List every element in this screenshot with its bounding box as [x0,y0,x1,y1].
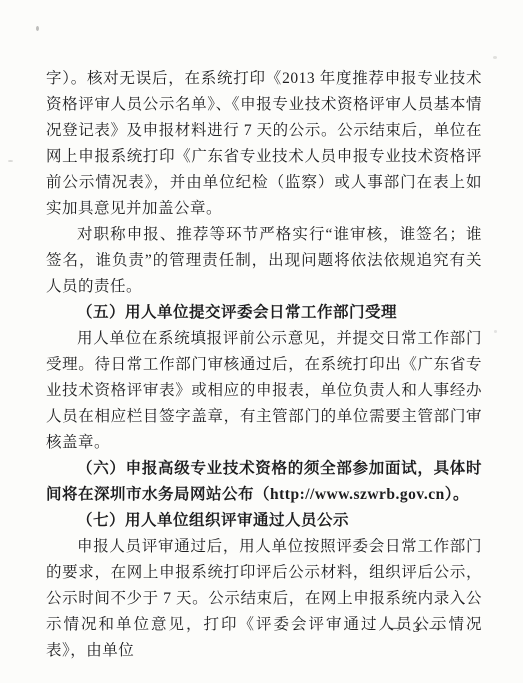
page-number: — 3 — [389,620,448,637]
scan-speck [493,56,497,59]
paragraph-section-7-body: 申报人员评审通过后，用人单位按照评委会日常工作部门的要求，在网上申报系统打印评后… [46,534,482,664]
document-body: 字）。核对无误后，在系统打印《2013 年度推荐申报专业技术资格评审人员公示名单… [46,66,482,664]
scan-speck [36,26,39,31]
scan-speck [8,160,13,162]
paragraph-section-5-body: 用人单位在系统填报评前公示意见，并提交日常工作部门受理。待日常工作部门审核通过后… [46,326,482,456]
section-heading-7: （七）用人单位组织评审通过人员公示 [46,508,482,534]
paragraph-responsibility-system: 对职称申报、推荐等环节严格实行“谁审核，谁签名；谁签名，谁负责”的管理责任制，出… [46,222,482,300]
section-heading-5: （五）用人单位提交评委会日常工作部门受理 [46,300,482,326]
paragraph-section-6-interview: （六）申报高级专业技术资格的须全部参加面试，具体时间将在深圳市水务局网站公布（h… [46,456,482,508]
scan-speck [494,330,497,333]
paragraph-continuation-publicity: 字）。核对无误后，在系统打印《2013 年度推荐申报专业技术资格评审人员公示名单… [46,66,482,222]
document-page: 字）。核对无误后，在系统打印《2013 年度推荐申报专业技术资格评审人员公示名单… [0,0,523,683]
